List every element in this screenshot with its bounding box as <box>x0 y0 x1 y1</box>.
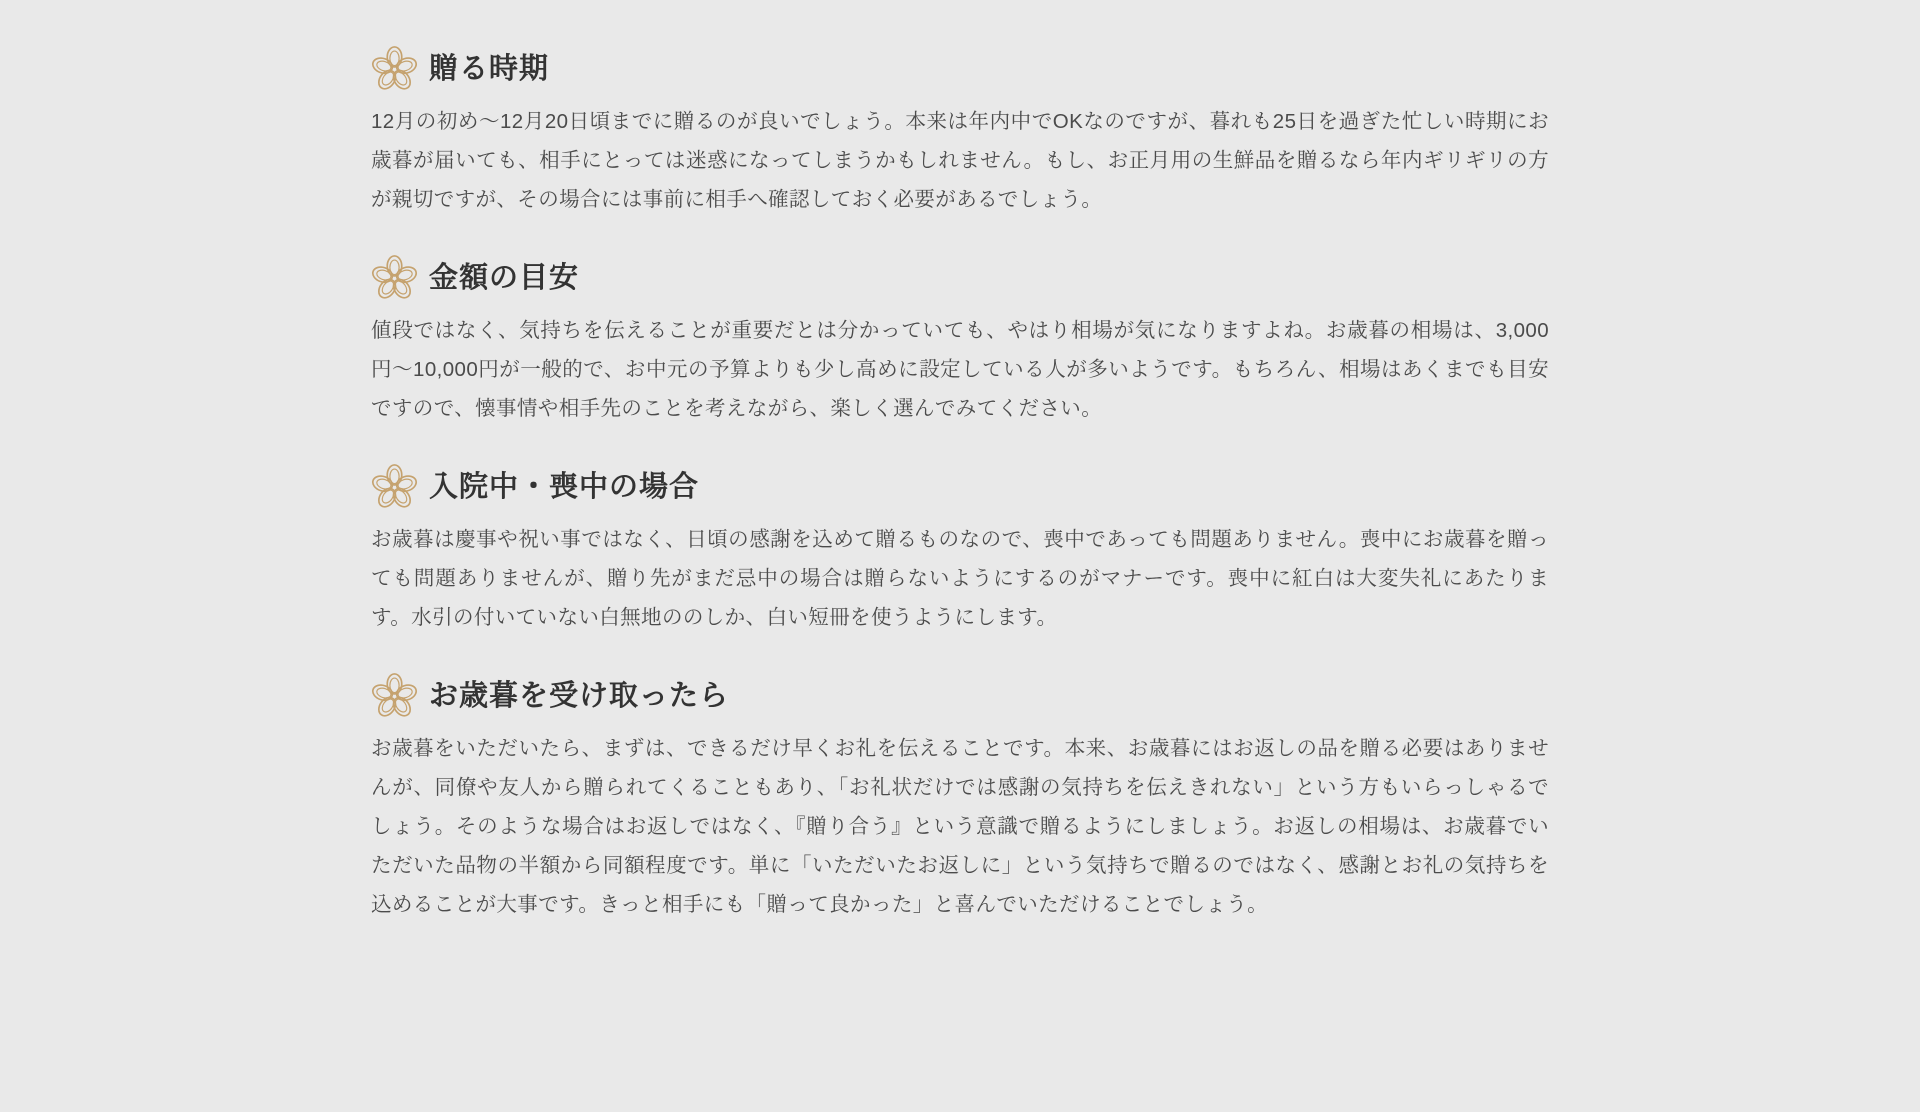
section-hospital-mourning: 入院中・喪中の場合 お歳暮は慶事や祝い事ではなく、日頃の感謝を込めて贈るものなの… <box>371 464 1549 637</box>
plum-blossom-icon <box>371 46 418 93</box>
section-heading: 金額の目安 <box>371 255 1549 302</box>
section-title: 金額の目安 <box>429 264 579 293</box>
section-heading: お歳暮を受け取ったら <box>371 673 1549 720</box>
article-content: 贈る時期 12月の初め〜12月20日頃までに贈るのが良いでしょう。本来は年内中で… <box>371 0 1549 924</box>
section-title: お歳暮を受け取ったら <box>429 682 729 711</box>
plum-blossom-icon <box>371 673 418 720</box>
section-title: 入院中・喪中の場合 <box>429 473 699 502</box>
page-background: { "page": { "background_color": "#e9e9e9… <box>0 0 1920 1112</box>
section-body-text: お歳暮をいただいたら、まずは、できるだけ早くお礼を伝えることです。本来、お歳暮に… <box>371 729 1549 924</box>
section-title: 贈る時期 <box>429 55 549 84</box>
section-gift-timing: 贈る時期 12月の初め〜12月20日頃までに贈るのが良いでしょう。本来は年内中で… <box>371 46 1549 219</box>
section-body-text: 12月の初め〜12月20日頃までに贈るのが良いでしょう。本来は年内中でOKなので… <box>371 102 1549 219</box>
section-price-guide: 金額の目安 値段ではなく、気持ちを伝えることが重要だとは分かっていても、やはり相… <box>371 255 1549 428</box>
section-heading: 贈る時期 <box>371 46 1549 93</box>
section-body-text: お歳暮は慶事や祝い事ではなく、日頃の感謝を込めて贈るものなので、喪中であっても問… <box>371 520 1549 637</box>
plum-blossom-icon <box>371 255 418 302</box>
section-receiving-oseibo: お歳暮を受け取ったら お歳暮をいただいたら、まずは、できるだけ早くお礼を伝えるこ… <box>371 673 1549 924</box>
section-heading: 入院中・喪中の場合 <box>371 464 1549 511</box>
section-body-text: 値段ではなく、気持ちを伝えることが重要だとは分かっていても、やはり相場が気になり… <box>371 311 1549 428</box>
plum-blossom-icon <box>371 464 418 511</box>
